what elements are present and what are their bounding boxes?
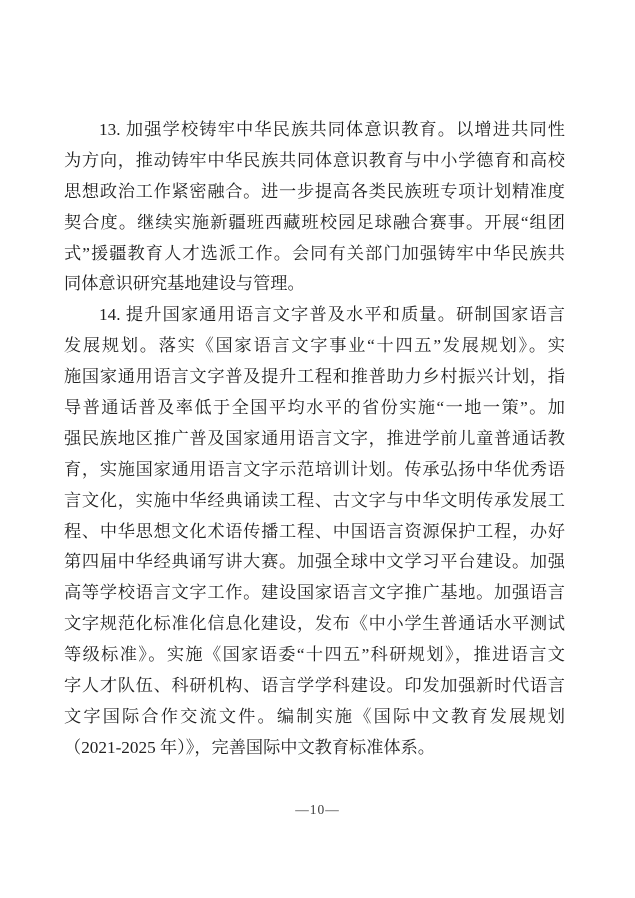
text-line: 字人才队伍、科研机构、语言学学科建设。印发加强新时代语言: [64, 671, 565, 702]
text-line: 高等学校语言文字工作。建设国家语言文字推广基地。加强语言: [64, 578, 565, 609]
text-line: 契合度。继续实施新疆班西藏班校园足球融合赛事。开展“组团: [64, 208, 565, 239]
paragraph-item-14: 14. 提升国家通用语言文字普及水平和质量。研制国家语言 发展规划。落实《国家语…: [64, 300, 565, 763]
text-line: 第四届中华经典诵写讲大赛。加强全球中文学习平台建设。加强: [64, 547, 565, 578]
text-line: 为方向，推动铸牢中华民族共同体意识教育与中小学德育和高校: [64, 146, 565, 177]
page-number: —10—: [0, 802, 635, 818]
text-line: 文字国际合作交流文件。编制实施《国际中文教育发展规划: [64, 702, 565, 733]
text-line: 14. 提升国家通用语言文字普及水平和质量。研制国家语言: [64, 300, 565, 331]
document-page: 13. 加强学校铸牢中华民族共同体意识教育。以增进共同性 为方向，推动铸牢中华民…: [0, 0, 635, 898]
text-line: 等级标准》。实施《国家语委“十四五”科研规划》，推进语言文: [64, 640, 565, 671]
text-line: 式”援疆教育人才选派工作。会同有关部门加强铸牢中华民族共: [64, 239, 565, 270]
text-line: 育，实施国家通用语言文字示范培训计划。传承弘扬中华优秀语: [64, 455, 565, 486]
text-line: 施国家通用语言文字普及提升工程和推普助力乡村振兴计划，指: [64, 362, 565, 393]
text-line: 发展规划。落实《国家语言文字事业“十四五”发展规划》。实: [64, 331, 565, 362]
text-line: 同体意识研究基地建设与管理。: [64, 269, 565, 300]
text-line: 言文化，实施中华经典诵读工程、古文字与中华文明传承发展工: [64, 486, 565, 517]
text-line: 思想政治工作紧密融合。进一步提高各类民族班专项计划精准度: [64, 177, 565, 208]
text-line: 导普通话普及率低于全国平均水平的省份实施“一地一策”。加: [64, 393, 565, 424]
text-line: （2021-2025 年）》，完善国际中文教育标准体系。: [64, 733, 565, 764]
text-line: 13. 加强学校铸牢中华民族共同体意识教育。以增进共同性: [64, 115, 565, 146]
text-line: 强民族地区推广普及国家通用语言文字，推进学前儿童普通话教: [64, 424, 565, 455]
document-body: 13. 加强学校铸牢中华民族共同体意识教育。以增进共同性 为方向，推动铸牢中华民…: [64, 115, 565, 764]
paragraph-item-13: 13. 加强学校铸牢中华民族共同体意识教育。以增进共同性 为方向，推动铸牢中华民…: [64, 115, 565, 300]
text-line: 程、中华思想文化术语传播工程、中国语言资源保护工程，办好: [64, 517, 565, 548]
text-line: 文字规范化标准化信息化建设，发布《中小学生普通话水平测试: [64, 609, 565, 640]
